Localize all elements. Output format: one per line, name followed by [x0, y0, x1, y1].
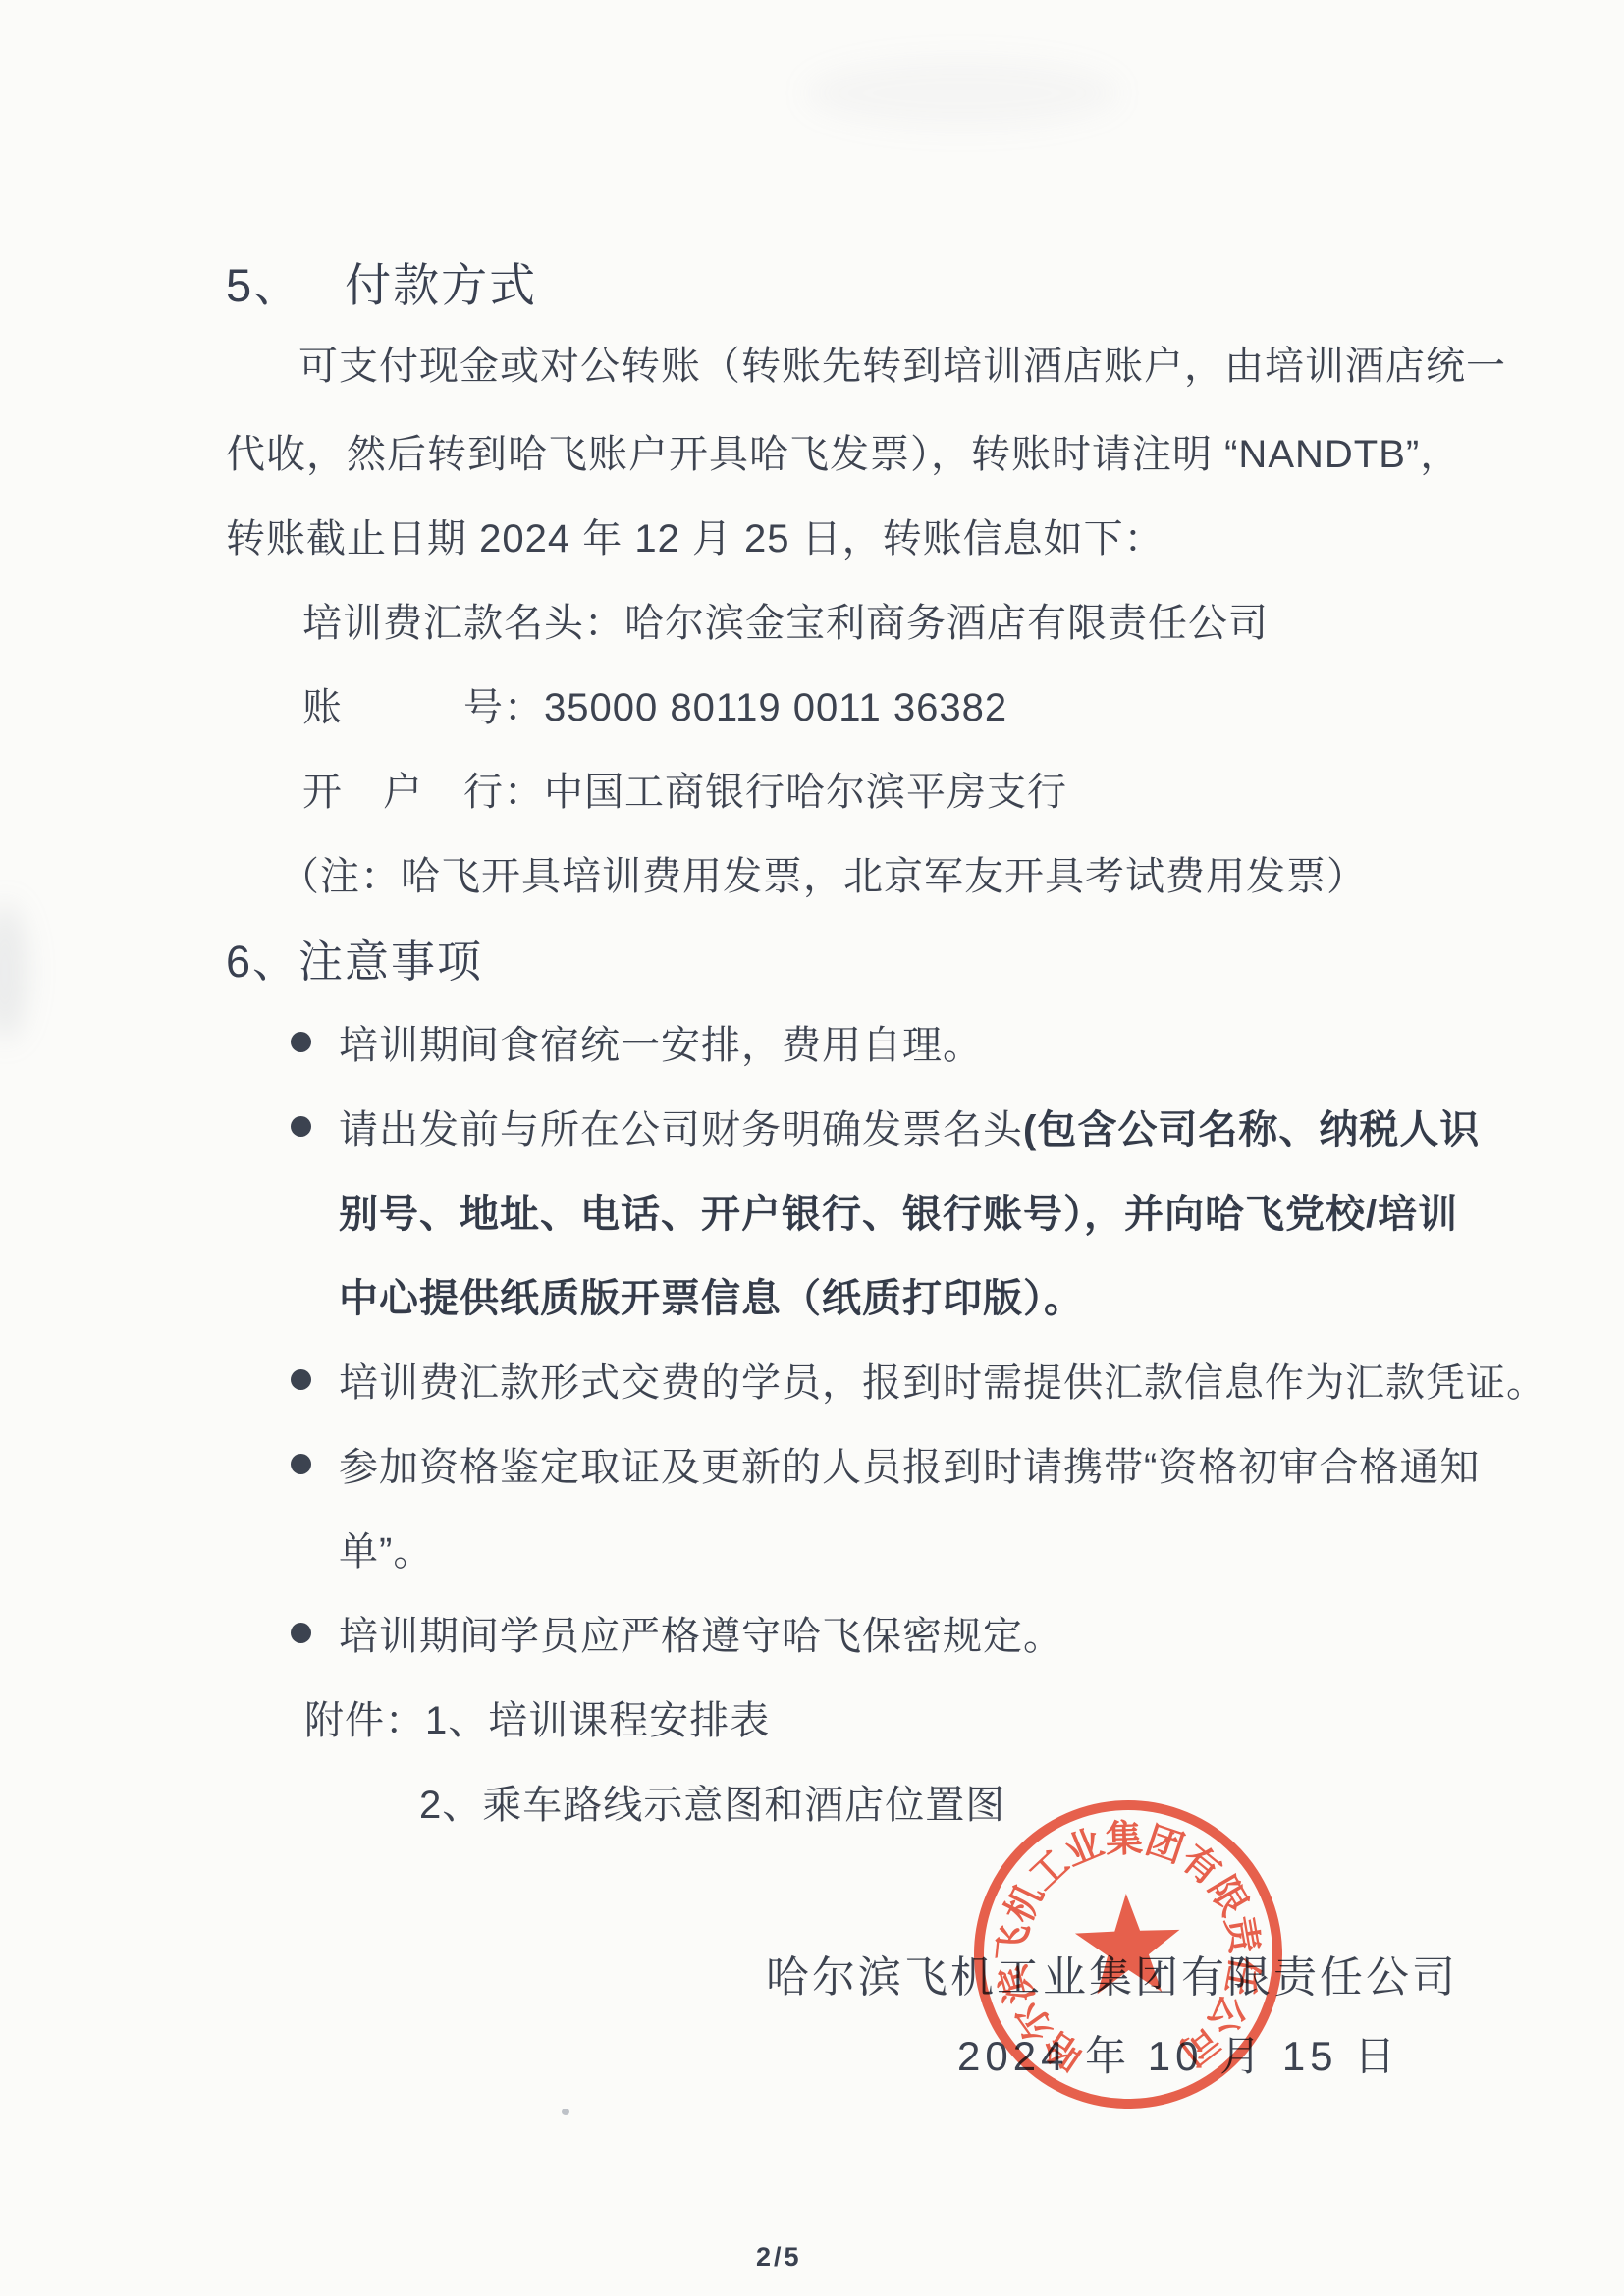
section-5-number: 5、: [226, 249, 301, 315]
attachment-line-2: 2、乘车路线示意图和酒店位置图: [226, 1759, 1473, 1843]
account-number-text: 账 号：35000 80119 0011 36382: [302, 676, 1007, 732]
bank-line: 开 户 行：中国工商银行哈尔滨平房支行: [226, 746, 1473, 830]
bullet-text-bold: 中心提供纸质版开票信息（纸质打印版）。: [339, 1267, 1084, 1323]
remittance-name-line: 培训费汇款名头：哈尔滨金宝利商务酒店有限责任公司: [226, 577, 1473, 662]
invoice-note-line: （注：哈飞开具培训费用发票，北京军友开具考试费用发票）: [226, 830, 1473, 915]
notes-bullet-1: 培训期间食宿统一安排，费用自理。: [226, 999, 1473, 1084]
paragraph-text: 代收，然后转到哈飞账户开具哈飞发票），转账时请注明 “NANDTB”，: [226, 423, 1460, 479]
section-6-heading: 6、 注意事项: [226, 915, 1473, 999]
seal-ring-char: 工: [1022, 1842, 1077, 1898]
notes-bullet-2-line-3: 中心提供纸质版开票信息（纸质打印版）。: [226, 1253, 1473, 1337]
bullet-dot-icon: [291, 1369, 311, 1390]
scan-smudge: [0, 903, 27, 1041]
bullet-text: 培训期间食宿统一安排，费用自理。: [339, 1014, 983, 1070]
bullet-dot-icon: [291, 1032, 311, 1052]
seal-ring-char: 机: [999, 1878, 1052, 1930]
bullet-text: 培训费汇款形式交费的学员，报到时需提供汇款信息作为汇款凭证。: [339, 1352, 1546, 1408]
attachment-text: 2、乘车路线示意图和酒店位置图: [419, 1774, 1005, 1830]
notes-bullet-5: 培训期间学员应严格遵守哈飞保密规定。: [226, 1590, 1473, 1675]
page-number: 2/5: [756, 2242, 893, 2272]
notes-bullet-4-line-1: 参加资格鉴定取证及更新的人员报到时请携带“资格初审合格通知: [226, 1421, 1473, 1506]
paragraph-text: 可支付现金或对公转账（转账先转到培训酒店账户，由培训酒店统一: [226, 324, 1506, 408]
notes-bullet-4-line-2: 单”。: [226, 1506, 1473, 1590]
section-5-title: 付款方式: [345, 249, 537, 315]
bullet-dot-icon: [291, 1116, 311, 1137]
payment-paragraph-line-1: 可支付现金或对公转账（转账先转到培训酒店账户，由培训酒店统一: [226, 324, 1473, 408]
bullet-text: 单”。: [339, 1521, 433, 1576]
attachment-line-1: 附件：1、培训课程安排表: [226, 1675, 1473, 1759]
notes-bullet-3: 培训费汇款形式交费的学员，报到时需提供汇款信息作为汇款凭证。: [226, 1337, 1473, 1421]
seal-ring-char: 限: [1200, 1870, 1254, 1923]
bullet-text: 请出发前与所在公司财务明确发票名头: [339, 1098, 1023, 1154]
notes-bullet-2-line-2: 别号、地址、电话、开户银行、银行账号），并向哈飞党校/培训: [226, 1168, 1473, 1253]
scan-speck: [562, 2109, 569, 2115]
section-6-number: 6、: [226, 926, 298, 989]
bullet-text: 参加资格鉴定取证及更新的人员报到时请携带“资格初审合格通知: [339, 1436, 1480, 1492]
invoice-note-text: （注：哈飞开具培训费用发票，北京军友开具考试费用发票）: [280, 845, 1367, 901]
bullet-text: 培训期间学员应严格遵守哈飞保密规定。: [339, 1605, 1063, 1661]
attachment-text: 附件：1、培训课程安排表: [304, 1689, 770, 1745]
bullet-text-bold: 别号、地址、电话、开户银行、银行账号），并向哈飞党校/培训: [339, 1183, 1458, 1239]
paragraph-text: 转账截止日期 2024 年 12 月 25 日，转账信息如下：: [226, 507, 1164, 563]
bullet-dot-icon: [291, 1623, 311, 1643]
bank-text: 开 户 行：中国工商银行哈尔滨平房支行: [302, 761, 1067, 817]
signature-date: 2024 年 10 月 15 日: [957, 2024, 1400, 2083]
scan-smudge: [805, 59, 1119, 128]
remittance-name-text: 培训费汇款名头：哈尔滨金宝利商务酒店有限责任公司: [302, 592, 1269, 648]
signature-company-name: 哈尔滨飞机工业集团有限责任公司: [766, 1942, 1458, 2004]
notes-bullet-2-line-1: 请出发前与所在公司财务明确发票名头(包含公司名称、纳税人识: [226, 1084, 1473, 1168]
payment-paragraph-line-3: 转账截止日期 2024 年 12 月 25 日，转账信息如下：: [226, 493, 1473, 577]
seal-ring-char: 有: [1173, 1838, 1228, 1894]
scanned-document-page: 5、 付款方式 可支付现金或对公转账（转账先转到培训酒店账户，由培训酒店统一 代…: [0, 0, 1624, 2296]
section-6-title: 注意事项: [298, 926, 483, 989]
bullet-dot-icon: [291, 1454, 311, 1474]
bullet-text-bold: (包含公司名称、纳税人识: [1023, 1098, 1480, 1154]
payment-paragraph-line-2: 代收，然后转到哈飞账户开具哈飞发票），转账时请注明 “NANDTB”，: [226, 408, 1473, 493]
document-body: 5、 付款方式 可支付现金或对公转账（转账先转到培训酒店账户，由培训酒店统一 代…: [226, 240, 1473, 1843]
section-5-heading: 5、 付款方式: [226, 240, 1473, 324]
account-number-line: 账 号：35000 80119 0011 36382: [226, 662, 1473, 746]
